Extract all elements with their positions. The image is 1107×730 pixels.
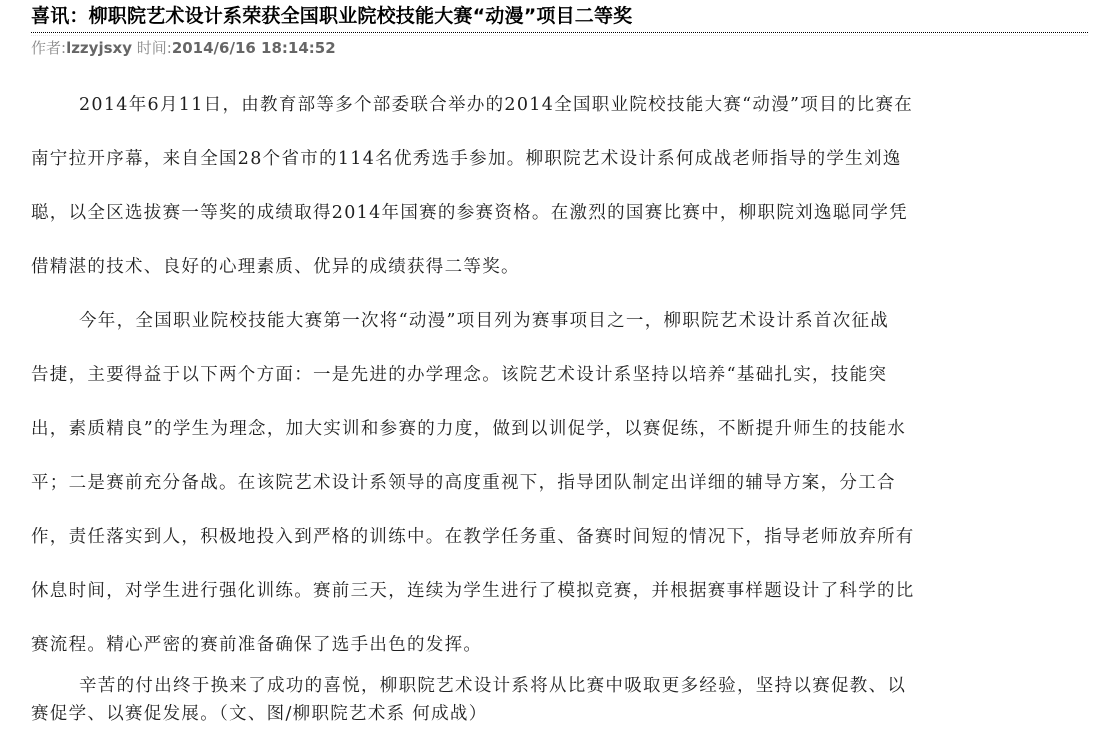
paragraph-line: 赛流程。精心严密的赛前准备确保了选手出色的发挥。 — [31, 618, 1091, 672]
paragraph-1: 2014年6月11日，由教育部等多个部委联合举办的2014全国职业院校技能大赛“… — [31, 78, 1091, 294]
paragraph-line: 借精湛的技术、良好的心理素质、优异的成绩获得二等奖。 — [31, 240, 1091, 294]
paragraph-2: 今年，全国职业院校技能大赛第一次将“动漫”项目列为赛事项目之一，柳职院艺术设计系… — [31, 294, 1091, 672]
paragraph-line: 聪，以全区选拔赛一等奖的成绩取得2014年国赛的参赛资格。在激烈的国赛比赛中，柳… — [31, 186, 1091, 240]
title-divider-shadow — [31, 35, 1088, 36]
publish-time: 2014/6/16 18:14:52 — [172, 39, 336, 57]
author-name: lzzyjsxy — [66, 39, 132, 57]
paragraph-line: 出，素质精良”的学生为理念，加大实训和参赛的力度，做到以训促学，以赛促练，不断提… — [31, 402, 1091, 456]
title-divider — [31, 32, 1088, 33]
paragraph-line: 赛促学、以赛促发展。（文、图/柳职院艺术系 何成战） — [31, 700, 1091, 728]
paragraph-3: 辛苦的付出终于换来了成功的喜悦，柳职院艺术设计系将从比赛中吸取更多经验，坚持以赛… — [31, 672, 1091, 728]
paragraph-line: 休息时间，对学生进行强化训练。赛前三天，连续为学生进行了模拟竞赛，并根据赛事样题… — [31, 564, 1091, 618]
time-label: 时间: — [137, 39, 172, 57]
paragraph-line: 2014年6月11日，由教育部等多个部委联合举办的2014全国职业院校技能大赛“… — [31, 78, 1091, 132]
article-title: 喜讯：柳职院艺术设计系荣获全国职业院校技能大赛“动漫”项目二等奖 — [31, 1, 632, 31]
article-body: 2014年6月11日，由教育部等多个部委联合举办的2014全国职业院校技能大赛“… — [31, 78, 1091, 728]
paragraph-line: 平；二是赛前充分备战。在该院艺术设计系领导的高度重视下，指导团队制定出详细的辅导… — [31, 456, 1091, 510]
paragraph-line: 今年，全国职业院校技能大赛第一次将“动漫”项目列为赛事项目之一，柳职院艺术设计系… — [31, 294, 1091, 348]
paragraph-line: 作，责任落实到人，积极地投入到严格的训练中。在教学任务重、备赛时间短的情况下，指… — [31, 510, 1091, 564]
paragraph-line: 南宁拉开序幕，来自全国28个省市的114名优秀选手参加。柳职院艺术设计系何成战老… — [31, 132, 1091, 186]
author-label: 作者: — [31, 39, 66, 57]
paragraph-line: 辛苦的付出终于换来了成功的喜悦，柳职院艺术设计系将从比赛中吸取更多经验，坚持以赛… — [31, 672, 1091, 700]
article-meta: 作者:lzzyjsxy 时间:2014/6/16 18:14:52 — [31, 37, 336, 59]
paragraph-line: 告捷，主要得益于以下两个方面：一是先进的办学理念。该院艺术设计系坚持以培养“基础… — [31, 348, 1091, 402]
